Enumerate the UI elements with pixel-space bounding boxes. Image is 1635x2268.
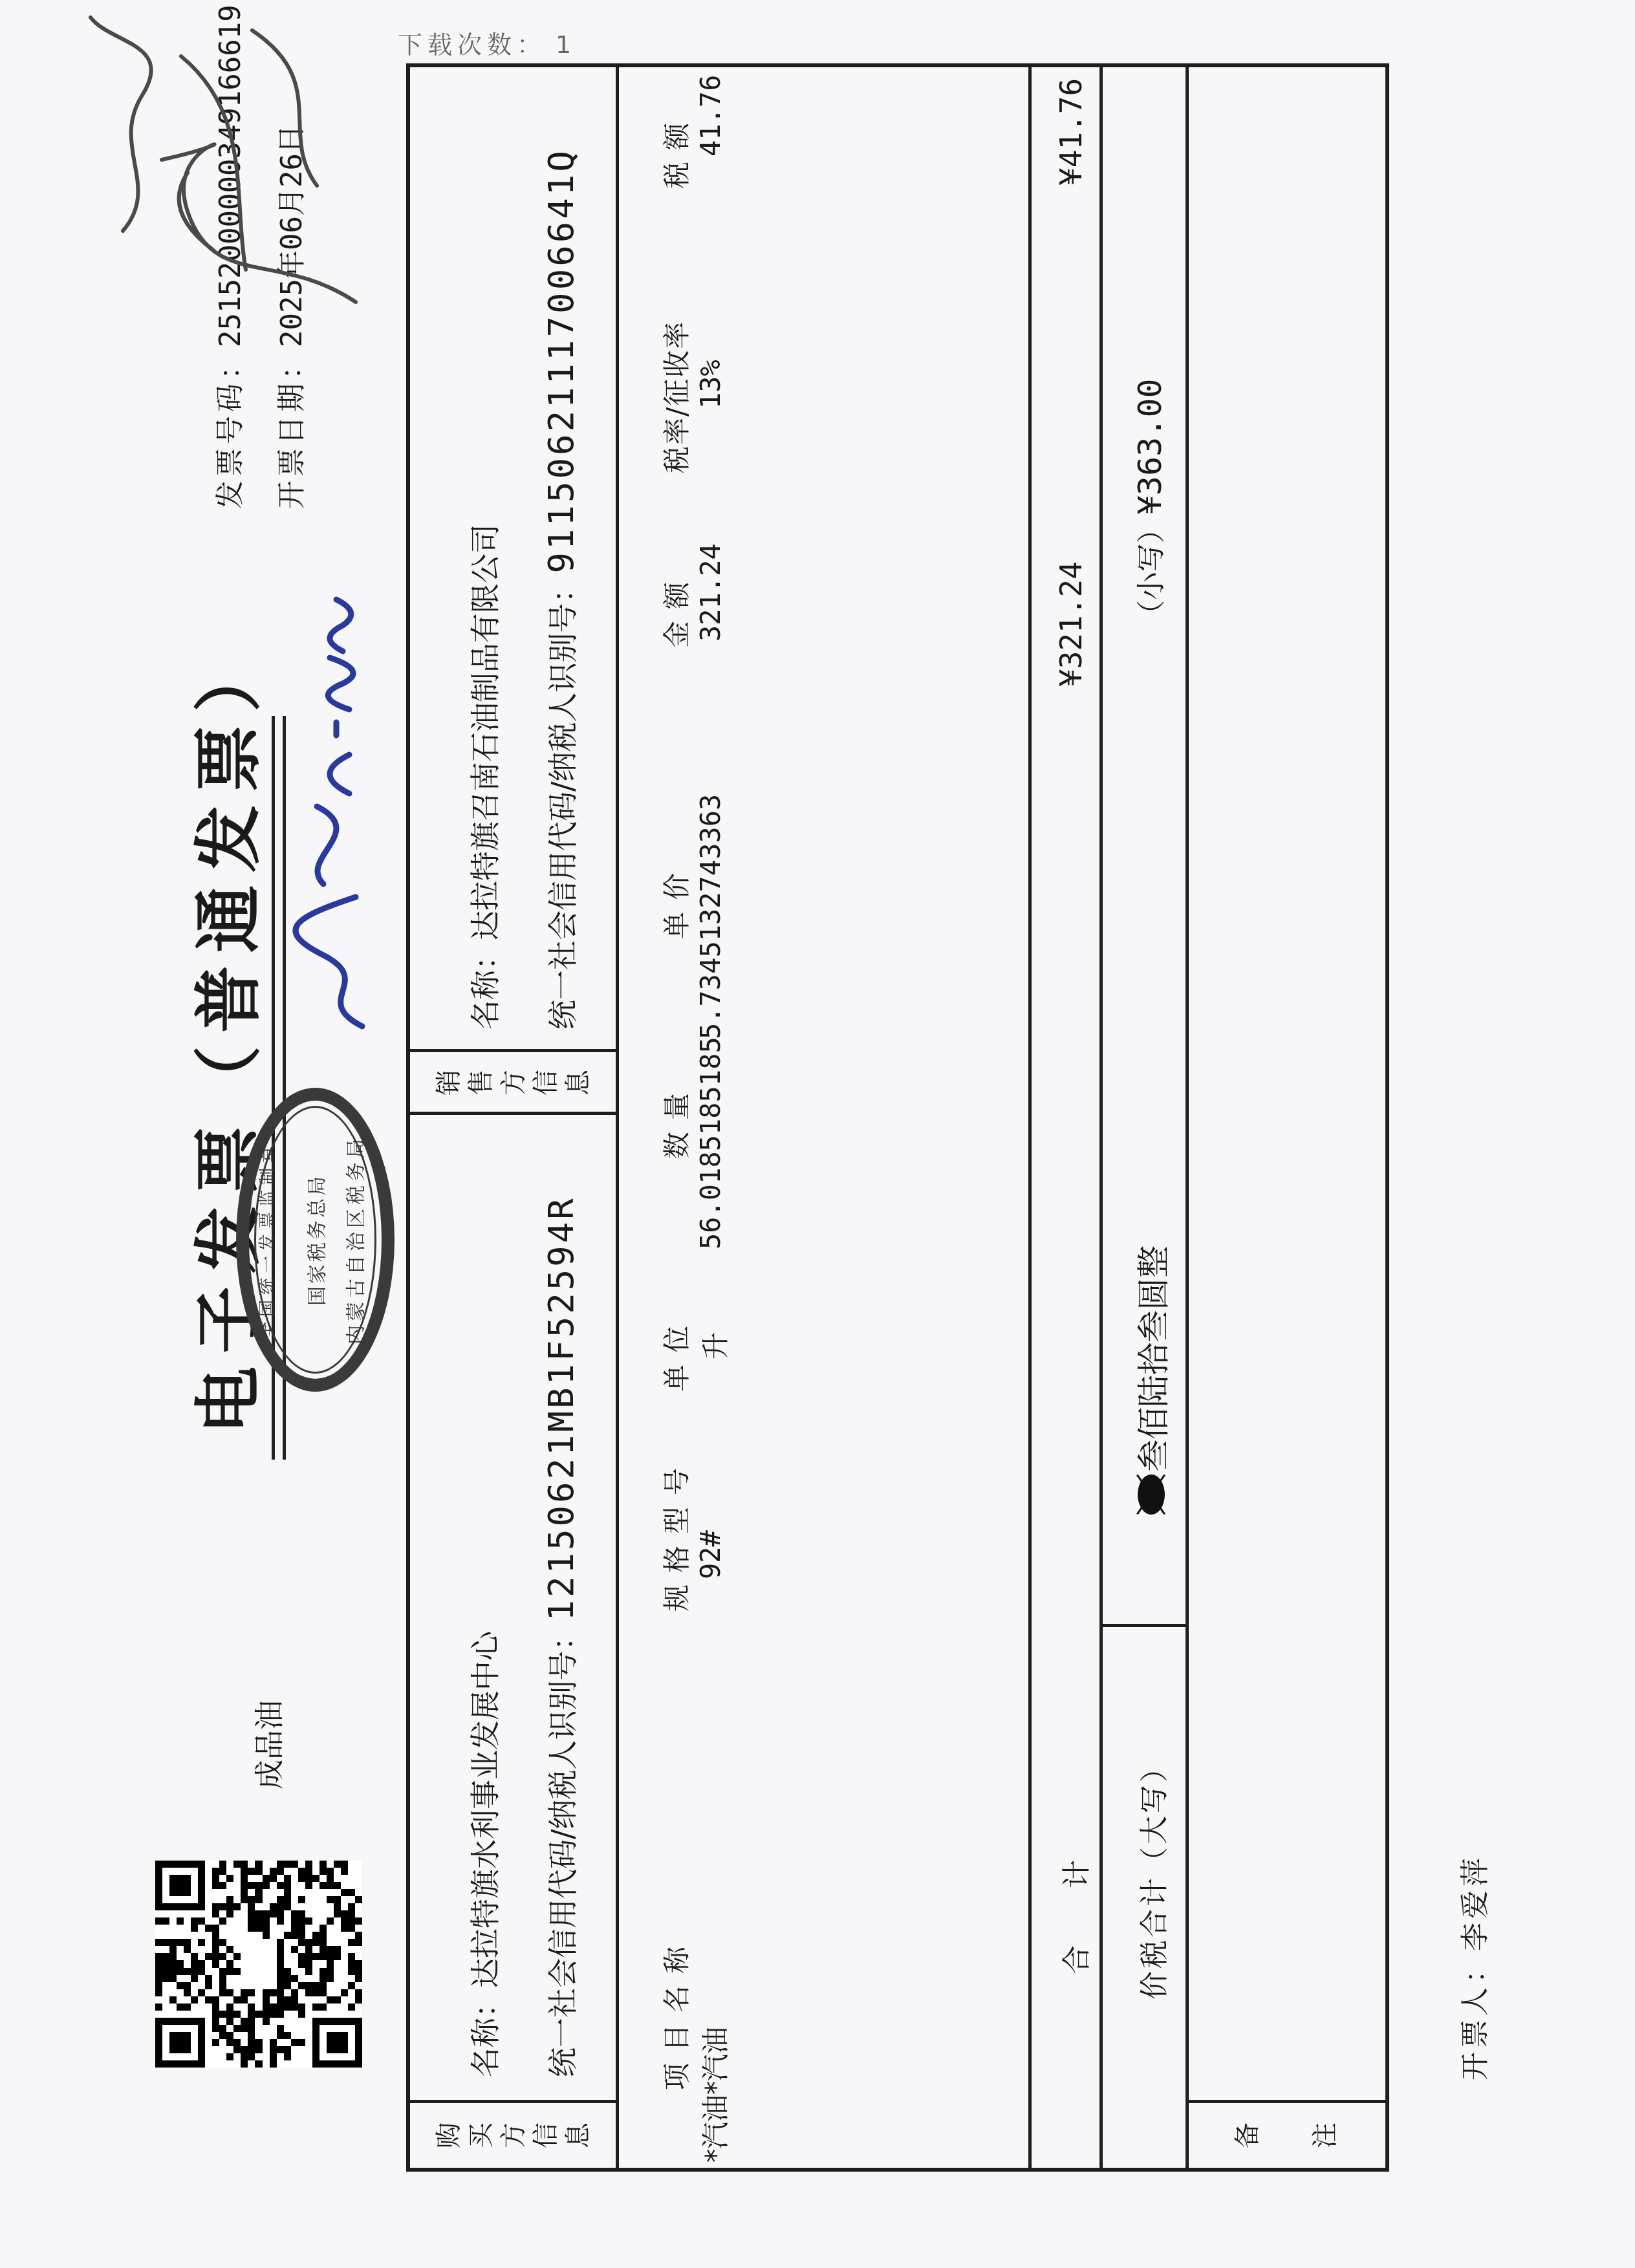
item-spec: 92# — [695, 1530, 726, 1579]
item-unit-price: 5.7345132743363 — [695, 794, 726, 1039]
total-in-figures: （小写）¥363.00 — [1128, 378, 1169, 629]
tax-bureau-seal-icon: 全国统一发票监制章 国家税务总局 内蒙古自治区税务局 — [236, 1088, 395, 1392]
buyer-name-value: 达拉特旗水利事业发展中心 — [468, 1631, 503, 1988]
buyer-name: 名称：达拉特旗水利事业发展中心 — [462, 1631, 504, 2077]
qr-code-icon — [155, 1861, 362, 2068]
invoice-date-label: 开票日期： — [276, 347, 309, 509]
buyer-tax-id-value: 12150621MB1F52594R — [541, 1196, 581, 1621]
total-amount: ¥321.24 — [1054, 561, 1088, 687]
invoice-document: 成品油 电子发票（普通发票） 全国统一发票监制章 国家税务总局 内蒙古自治区税务… — [0, 0, 1635, 2268]
total-in-words-label: 价税合计（大写） — [1131, 1751, 1173, 2000]
total-in-words: 叁佰陆拾叁圆整 — [1128, 1246, 1175, 1515]
column-header-tax-rate: 税率/征收率 — [656, 321, 695, 473]
item-name: *汽油*汽油 — [695, 2027, 733, 2163]
item-quantity: 56.0185185185 — [695, 1037, 726, 1249]
total-in-figures-value: ¥363.00 — [1131, 378, 1169, 515]
column-header-amount: 金额 — [656, 570, 695, 648]
buyer-tax-id: 统一社会信用代码/纳税人识别号：12150621MB1F52594R — [539, 1196, 582, 2077]
column-header-tax: 税额 — [656, 111, 695, 189]
invoice-number-label: 发票号码： — [214, 347, 247, 509]
seller-tax-id: 统一社会信用代码/纳税人识别号：91150621117006641Q — [539, 148, 582, 1030]
invoice-number-value: 25152000000349166619 — [214, 5, 247, 347]
handwritten-note-icon — [285, 587, 388, 1039]
seller-name-value: 达拉特旗召南石油制品有限公司 — [468, 524, 503, 940]
invoice-date-value: 2025年06月26日 — [276, 125, 309, 347]
item-unit: 升 — [695, 1332, 733, 1359]
column-header-item-name: 项目名称 — [656, 1935, 695, 2090]
cross-mark-icon — [1138, 1474, 1165, 1515]
seller-name: 名称：达拉特旗召南石油制品有限公司 — [462, 524, 504, 1030]
invoice-table: 购买方信息 销售方信息 名称：达拉特旗水利事业发展中心 统一社会信用代码/纳税人… — [406, 63, 1389, 2172]
seller-section-label: 销售方信息 — [423, 1052, 604, 1114]
column-header-quantity: 数量 — [656, 1081, 695, 1159]
column-header-unit: 单位 — [656, 1314, 695, 1392]
remarks-label: 备注 — [1199, 2103, 1374, 2168]
invoice-date: 开票日期：2025年06月26日 — [268, 125, 310, 509]
seller-tax-id-value: 91150621117006641Q — [541, 148, 581, 573]
total-in-words-value: 叁佰陆拾叁圆整 — [1128, 1246, 1175, 1472]
totals-label: 合 计 — [1054, 1860, 1095, 1974]
item-tax-rate: 13% — [695, 360, 726, 409]
category-label: 成品油 — [246, 1700, 288, 1789]
total-tax: ¥41.76 — [1054, 78, 1088, 186]
drawer-name: 李爱萍 — [1459, 1854, 1492, 1951]
item-tax: 41.76 — [695, 75, 726, 157]
remarks-content — [1193, 79, 1380, 2097]
drawer: 开票人：李爱萍 — [1452, 1854, 1493, 2080]
invoice-number: 发票号码：25152000000349166619 — [207, 5, 248, 509]
item-amount: 321.24 — [695, 543, 726, 642]
column-header-spec: 规格型号 — [656, 1456, 695, 1612]
buyer-section-label: 购买方信息 — [423, 2103, 604, 2168]
column-header-unit-price: 单价 — [656, 861, 695, 939]
